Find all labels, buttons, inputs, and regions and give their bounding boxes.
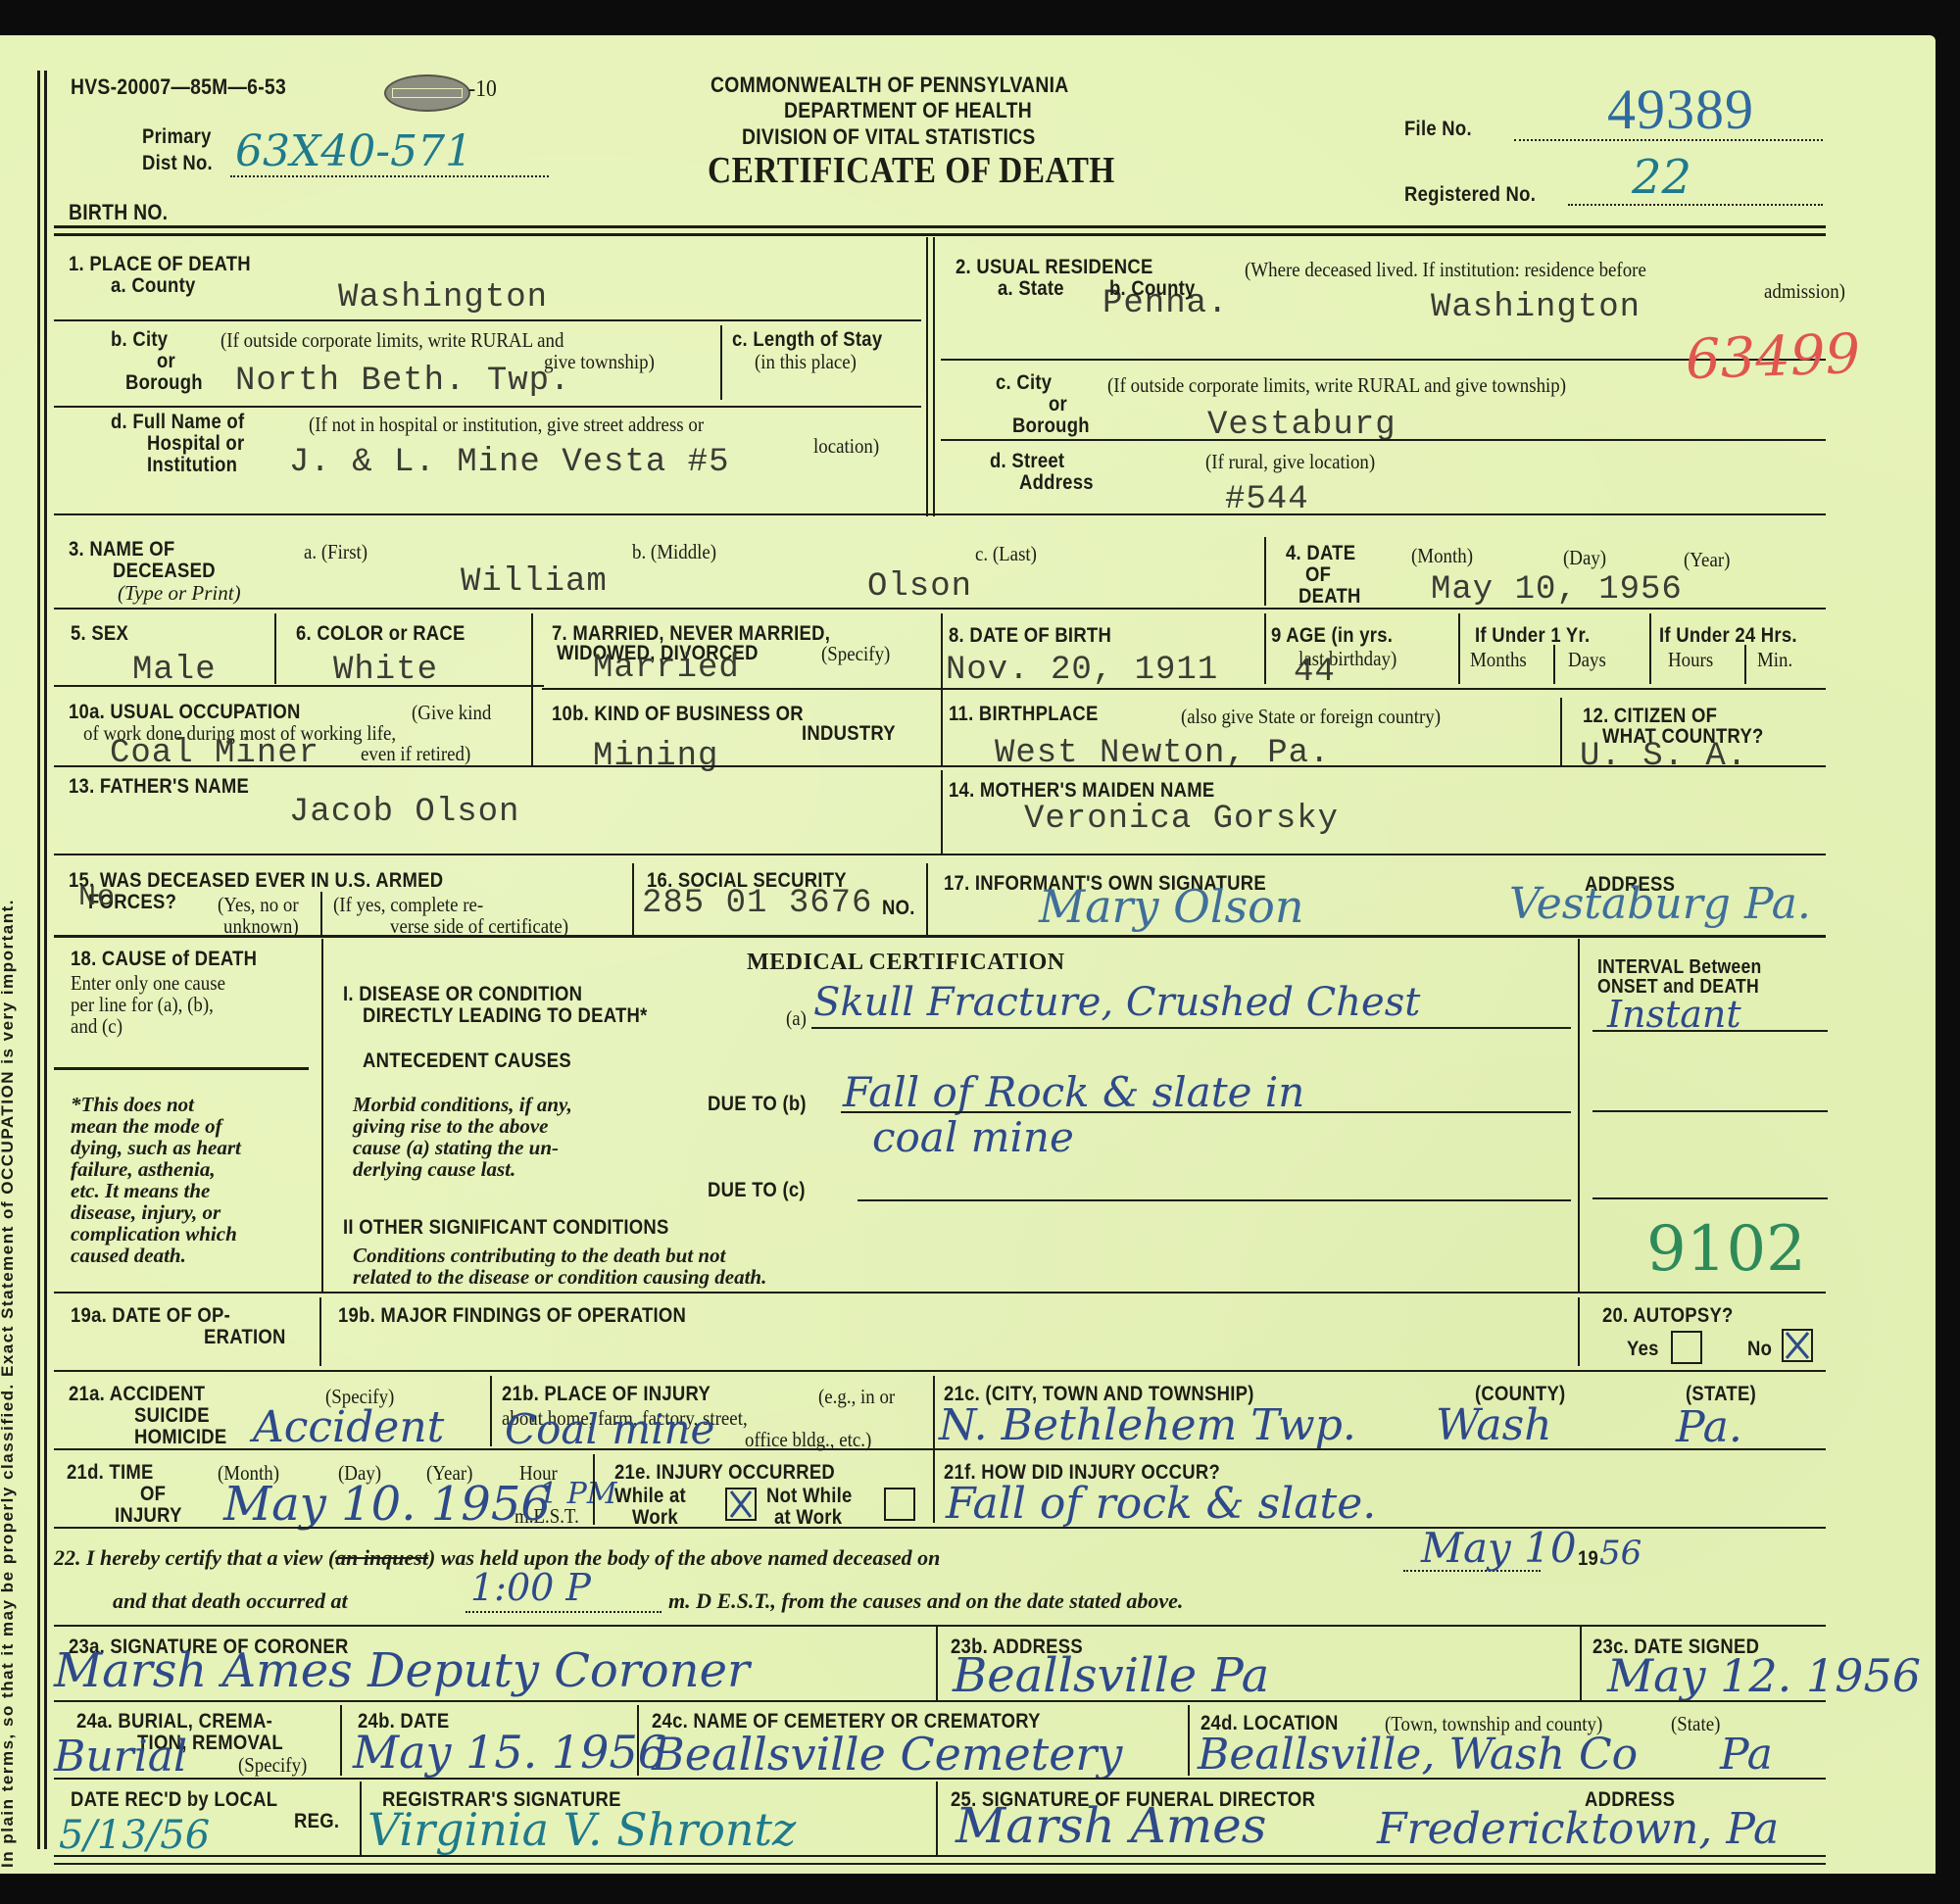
footnote-6: disease, injury, or (71, 1201, 220, 1223)
residence-note: (Where deceased lived. If institution: r… (1245, 259, 1646, 280)
cause-a-value: Skull Fracture, Crushed Chest (813, 984, 1420, 1021)
time-of-injury-hour: 1 PM (539, 1476, 617, 1513)
time-of-injury-value: May 10. 1956 (223, 1486, 551, 1523)
res-borough-label: Borough (1012, 415, 1090, 437)
pod-hospital-note-2: location) (813, 435, 879, 457)
funeral-director-signature: Marsh Ames (955, 1807, 1266, 1844)
rule (54, 1855, 1826, 1857)
dist-no-label: Dist No. (142, 153, 213, 174)
last-name-value: Olson (867, 569, 972, 605)
ssn-no-label: NO. (882, 898, 915, 919)
pod-stay-label: c. Length of Stay (732, 329, 882, 351)
certify-line-2-prefix: and that death occurred at (113, 1590, 348, 1612)
res-street-label: d. Street (990, 451, 1064, 472)
rule (54, 1448, 1826, 1450)
certify-prefix: 22. I hereby certify that a view ( (54, 1545, 335, 1570)
armed-note-3: (If yes, complete re- (333, 894, 483, 915)
at-work-label: at Work (774, 1507, 842, 1529)
rule (54, 1292, 1826, 1294)
cause-of-death-label: 18. CAUSE of DEATH (71, 949, 257, 970)
rule (54, 1778, 1826, 1780)
footnote-8: caused death. (71, 1245, 186, 1266)
dod-of-label: OF (1305, 564, 1331, 586)
file-no-label: File No. (1404, 119, 1472, 140)
cause-a-label: (a) (786, 1007, 807, 1029)
pod-city-value: North Beth. Twp. (235, 364, 570, 399)
armed-forces-label: 15. WAS DECEASED EVER IN U.S. ARMED (69, 870, 443, 892)
death-time-value: 1:00 P (470, 1569, 591, 1606)
last-label: c. (Last) (975, 543, 1037, 564)
pod-hospital-label-2: Hospital or (147, 433, 244, 455)
rule (54, 319, 921, 321)
occupation-label: 10a. USUAL OCCUPATION (69, 702, 301, 723)
cause-b-value-2: coal mine (872, 1119, 1074, 1156)
cause-instr-2: per line for (a), (b), (71, 994, 214, 1015)
mother-value: Veronica Gorsky (1024, 802, 1339, 837)
injury-location-city: N. Bethlehem Twp. (939, 1407, 1356, 1444)
divider (1580, 1627, 1582, 1700)
business-value: Mining (593, 739, 718, 774)
injury-location-county: Wash (1436, 1407, 1552, 1444)
res-or-label: or (1049, 394, 1067, 415)
due-to-b-label: DUE TO (b) (708, 1094, 807, 1115)
hours-label: Hours (1668, 649, 1713, 670)
suicide-label: SUICIDE (134, 1405, 210, 1427)
divider (926, 863, 928, 937)
header-rule-1 (54, 225, 1826, 228)
primary-dist-no: 63X40-571 (235, 133, 472, 171)
sex-value: Male (132, 653, 217, 688)
divider (490, 1376, 492, 1446)
rule (1592, 1110, 1828, 1112)
time-of-injury-label: 21d. TIME (67, 1462, 154, 1484)
certify-struck: an inquest (335, 1545, 428, 1570)
injury-label: INJURY (115, 1505, 182, 1527)
not-at-work-checkbox[interactable] (884, 1488, 915, 1521)
divider (933, 237, 935, 516)
part1-label-2: DIRECTLY LEADING TO DEATH* (363, 1005, 648, 1027)
armed-note-2: unknown) (223, 915, 299, 937)
injury-type-value: Accident (253, 1409, 444, 1446)
injury-occurred-label: 21e. INJURY OCCURRED (614, 1462, 835, 1484)
sex-label: 5. SEX (71, 623, 128, 645)
res-city-note: (If outside corporate limits, write RURA… (1107, 374, 1566, 396)
rule (54, 1863, 1826, 1865)
pod-or-label: or (157, 351, 175, 372)
cause-instr-3: and (c) (71, 1015, 122, 1037)
armed-forces-value: No (78, 880, 116, 915)
cemetery-value: Beallsville Cemetery (652, 1735, 1122, 1773)
rule (54, 1700, 1826, 1702)
occupation-note-3: even if retired) (361, 743, 470, 764)
footnote-7: complication which (71, 1223, 237, 1245)
divider (941, 770, 943, 854)
birth-no-label: BIRTH NO. (69, 202, 168, 223)
view-date-value: May 10 (1421, 1530, 1577, 1567)
under-1-yr-label: If Under 1 Yr. (1475, 625, 1590, 647)
business-label: 10b. KIND OF BUSINESS OR (552, 704, 804, 725)
divider (340, 1705, 342, 1776)
rule (54, 854, 1826, 855)
header-line-2: DEPARTMENT OF HEALTH (784, 100, 1032, 122)
certify-line-2-suffix: m. D E.S.T., from the causes and on the … (668, 1590, 1183, 1612)
dod-day-label: (Day) (1563, 547, 1606, 568)
divider (319, 1297, 321, 1366)
left-border-inner (44, 71, 47, 1849)
marital-specify: (Specify) (821, 643, 890, 664)
death-certificate-page: In plain terms, so that it may be proper… (0, 35, 1935, 1874)
rule (54, 765, 1826, 767)
margin-note: In plain terms, so that it may be proper… (0, 300, 18, 1868)
medical-certification-heading: MEDICAL CERTIFICATION (747, 950, 1065, 976)
father-label: 13. FATHER'S NAME (69, 776, 249, 798)
rule (54, 1625, 1826, 1627)
race-label: 6. COLOR or RACE (296, 623, 465, 645)
res-street-value: #544 (1225, 482, 1309, 517)
burial-type-value: Burial (54, 1738, 187, 1776)
interval-label: INTERVAL Between (1597, 956, 1762, 978)
op-findings-label: 19b. MAJOR FINDINGS OF OPERATION (338, 1305, 686, 1327)
interval-a-value: Instant (1607, 996, 1741, 1033)
res-address-label: Address (1019, 472, 1094, 494)
registered-no-label: Registered No. (1404, 184, 1536, 206)
type-or-print-label: (Type or Print) (118, 582, 241, 604)
dod-month-label: (Month) (1411, 545, 1473, 566)
res-county-value: Washington (1431, 290, 1641, 325)
mother-label: 14. MOTHER'S MAIDEN NAME (949, 780, 1215, 802)
pod-city-note: (If outside corporate limits, write RURA… (220, 329, 563, 351)
divider (1188, 1705, 1190, 1776)
place-note-1: (e.g., in or (818, 1386, 895, 1407)
citizen-label: 12. CITIZEN OF (1583, 706, 1717, 727)
divider (320, 892, 322, 935)
rule (54, 935, 1826, 938)
date-signed-value: May 12. 1956 (1607, 1657, 1921, 1694)
work-label: Work (632, 1507, 678, 1529)
divider (1553, 645, 1555, 684)
rule (811, 1027, 1571, 1029)
divider (1578, 939, 1580, 1292)
divider (321, 939, 323, 1292)
res-city-value: Vestaburg (1207, 408, 1396, 443)
checkmark-x-icon (727, 1489, 755, 1519)
months-label: Months (1470, 649, 1527, 670)
cause-b-value: Fall of Rock & slate in (843, 1074, 1304, 1111)
marital-value: Married (593, 651, 740, 686)
rule (1592, 1030, 1828, 1032)
footnote-3: dying, such as heart (71, 1137, 241, 1158)
union-label-suffix: -10 (468, 78, 497, 100)
rule (54, 608, 1826, 610)
red-annotation: 63499 (1685, 336, 1860, 379)
how-injury-value: Fall of rock & slate. (946, 1486, 1376, 1523)
rule (542, 688, 1826, 690)
res-county-label-visible: b. County (1109, 278, 1196, 300)
divider (360, 1782, 362, 1855)
registrar-signature: Virginia V. Shrontz (367, 1811, 796, 1848)
death-time-line (465, 1611, 661, 1613)
footnote-4: failure, asthenia, (71, 1158, 216, 1180)
divider (1264, 613, 1266, 684)
form-code: HVS-20007—85M—6-53 (71, 76, 286, 98)
divider (1560, 698, 1562, 766)
registered-no-line (1568, 204, 1823, 206)
place-of-injury-value: Coal mine (505, 1411, 714, 1448)
divider (1264, 537, 1266, 606)
pod-city-label: b. City (111, 329, 168, 351)
place-note-3: office bldg., etc.) (745, 1429, 871, 1450)
coroner-address-value: Beallsville Pa (953, 1657, 1269, 1694)
date-recd-label: DATE REC'D by LOCAL (71, 1789, 277, 1811)
dob-value: Nov. 20, 1911 (946, 653, 1218, 688)
autopsy-label: 20. AUTOPSY? (1602, 1305, 1734, 1327)
rule (54, 406, 921, 408)
pod-hospital-label: d. Full Name of (111, 412, 244, 433)
while-at-work-label: While at (614, 1486, 686, 1507)
pod-stay-note: (in this place) (755, 351, 857, 372)
pod-county-label: a. County (111, 275, 196, 297)
footnote-1: *This does not (71, 1094, 194, 1115)
days-label: Days (1568, 649, 1606, 670)
antecedent-label: ANTECEDENT CAUSES (363, 1050, 571, 1072)
divider (531, 613, 533, 765)
pod-hospital-note: (If not in hospital or institution, give… (309, 414, 704, 435)
autopsy-yes-checkbox[interactable] (1671, 1331, 1702, 1364)
cause-instr-1: Enter only one cause (71, 972, 225, 994)
deceased-label: DECEASED (113, 561, 216, 582)
res-street-note: (If rural, give location) (1205, 451, 1375, 472)
rule (54, 1370, 1826, 1372)
rule (54, 513, 1826, 515)
green-annotation: 9102 (1646, 1231, 1806, 1268)
homicide-label: HOMICIDE (134, 1427, 227, 1448)
business-label-2: INDUSTRY (802, 723, 896, 745)
burial-state-label: (State) (1671, 1713, 1720, 1734)
while-at-work-checkbox[interactable] (725, 1488, 757, 1521)
divider (936, 1627, 938, 1700)
not-while-label: Not While (766, 1486, 853, 1507)
ssn-value: 285 01 3676 (642, 886, 872, 921)
part2-note-2: related to the disease or condition caus… (353, 1266, 766, 1288)
armed-note-4: verse side of certificate) (390, 915, 568, 937)
view-year-prefix: 19 (1578, 1548, 1598, 1570)
pod-borough-label: Borough (125, 372, 203, 394)
rule (54, 685, 544, 687)
part2-note: Conditions contributing to the death but… (353, 1245, 725, 1266)
burial-location-value: Beallsville, Wash Co (1198, 1736, 1638, 1774)
divider (936, 1782, 938, 1855)
divider (1649, 613, 1651, 684)
under-24-hrs-label: If Under 24 Hrs. (1659, 625, 1797, 647)
rule (841, 1111, 1571, 1113)
date-of-death-value: May 10, 1956 (1431, 572, 1683, 608)
local-reg-label: REG. (294, 1811, 339, 1832)
divider (632, 863, 634, 937)
certificate-title: CERTIFICATE OF DEATH (708, 149, 1115, 192)
first-label: a. (First) (304, 541, 367, 562)
injury-type-label: 21a. ACCIDENT (69, 1384, 205, 1405)
divider (720, 325, 722, 400)
registered-no-value: 22 (1632, 159, 1691, 196)
footnote-5: etc. It means the (71, 1180, 210, 1201)
pod-hospital-label-3: Institution (147, 455, 237, 476)
burial-type-label: 24a. BURIAL, CREMA- (76, 1711, 272, 1733)
age-label: 9 AGE (in yrs. (1271, 625, 1393, 647)
file-no-value: 49389 (1607, 76, 1754, 142)
date-recd-value: 5/13/56 (59, 1817, 210, 1854)
divider (926, 237, 928, 516)
rule (1592, 1197, 1828, 1199)
divider (593, 1454, 595, 1525)
checkmark-x-icon (1784, 1331, 1811, 1360)
dob-label: 8. DATE OF BIRTH (949, 625, 1111, 647)
due-to-c-label: DUE TO (c) (708, 1180, 806, 1201)
header-line-3: DIVISION OF VITAL STATISTICS (742, 126, 1036, 148)
footnote-2: mean the mode of (71, 1115, 222, 1137)
dod-label: 4. DATE (1286, 543, 1355, 564)
res-city-label: c. City (996, 372, 1052, 394)
informant-signature: Mary Olson (1039, 888, 1303, 925)
rule (54, 1067, 309, 1070)
funeral-address-value: Fredericktown, Pa (1377, 1811, 1779, 1848)
citizen-value: U. S. A. (1580, 739, 1747, 774)
view-year-value: 56 (1599, 1535, 1641, 1572)
burial-specify: (Specify) (238, 1754, 307, 1776)
birthplace-note: (also give State or foreign country) (1181, 706, 1441, 727)
first-name-value: William (461, 564, 608, 600)
pod-hospital-value: J. & L. Mine Vesta #5 (289, 445, 729, 480)
residence-note-2: admission) (1764, 280, 1845, 302)
divider (274, 613, 276, 684)
morbid-note-3: cause (a) stating the un- (353, 1137, 559, 1158)
name-label: 3. NAME OF (69, 539, 174, 561)
part1-label: I. DISEASE OR CONDITION (343, 984, 582, 1005)
union-label-icon (384, 74, 470, 112)
age-value: 44 (1294, 655, 1336, 690)
autopsy-no-label: No (1747, 1339, 1772, 1360)
autopsy-no-checkbox[interactable] (1782, 1329, 1813, 1362)
divider (1458, 613, 1460, 684)
burial-location-state: Pa (1720, 1736, 1773, 1774)
burial-date-value: May 15. 1956 (353, 1733, 666, 1771)
op-date-label: 19a. DATE OF OP- (71, 1305, 230, 1327)
op-date-label-2: ERATION (204, 1327, 286, 1348)
informant-address-value: Vestaburg Pa. (1509, 886, 1811, 923)
part2-label: II OTHER SIGNIFICANT CONDITIONS (343, 1217, 669, 1239)
residence-label: 2. USUAL RESIDENCE (955, 257, 1153, 278)
place-of-injury-label: 21b. PLACE OF INJURY (502, 1384, 710, 1405)
race-value: White (333, 653, 438, 688)
divider (1578, 1297, 1580, 1366)
rule (857, 1199, 1571, 1201)
res-state-label: a. State (998, 278, 1064, 300)
pod-county-value: Washington (338, 280, 548, 316)
left-border-outer (37, 71, 40, 1849)
time-of-label: OF (140, 1484, 166, 1505)
morbid-note-1: Morbid conditions, if any, (353, 1094, 572, 1115)
father-value: Jacob Olson (289, 795, 519, 830)
dod-year-label: (Year) (1684, 549, 1730, 570)
header-rule-2 (54, 233, 1826, 236)
divider (637, 1705, 639, 1776)
birthplace-label: 11. BIRTHPLACE (949, 704, 1099, 725)
dod-death-label: DEATH (1298, 586, 1361, 608)
morbid-note-4: derlying cause last. (353, 1158, 515, 1180)
morbid-note-2: giving rise to the above (353, 1115, 548, 1137)
occupation-note: (Give kind (412, 702, 491, 723)
primary-label: Primary (142, 126, 212, 148)
rule (941, 439, 1826, 441)
armed-note-1: (Yes, no or (218, 894, 299, 915)
divider (1744, 645, 1746, 684)
header-line-1: COMMONWEALTH OF PENNSYLVANIA (710, 74, 1069, 96)
middle-label: b. (Middle) (632, 541, 716, 562)
min-label: Min. (1757, 649, 1792, 670)
coroner-signature: Marsh Ames Deputy Coroner (54, 1652, 750, 1689)
autopsy-yes-label: Yes (1627, 1339, 1659, 1360)
place-of-death-label: 1. PLACE OF DEATH (69, 254, 251, 275)
injury-location-state: Pa. (1676, 1409, 1742, 1446)
